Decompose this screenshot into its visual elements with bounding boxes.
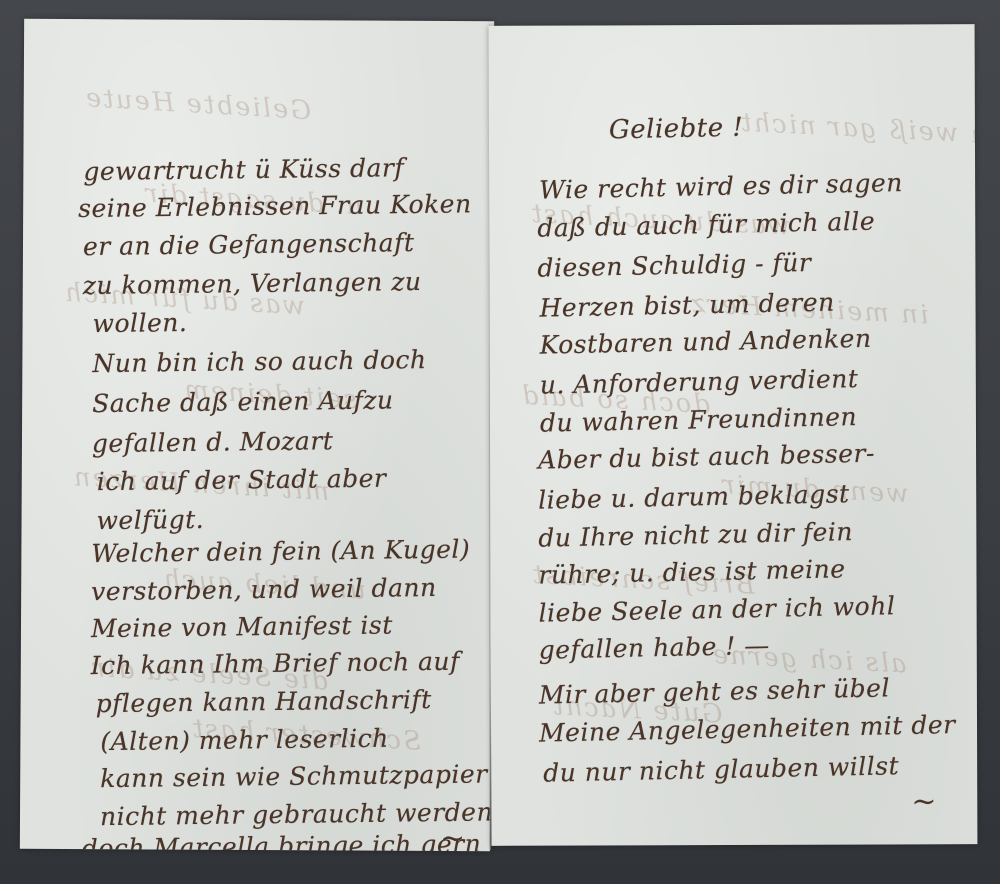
letter-left-page: Geliebte Heute u. du sagst dir was du fü… bbox=[20, 19, 494, 851]
text-line: er an die Gefangenschaft bbox=[83, 228, 415, 261]
end-flourish: ~ bbox=[440, 821, 465, 851]
text-line: kann sein wie Schmutzpapier bbox=[100, 759, 488, 793]
text-line: gefallen d. Mozart bbox=[92, 426, 334, 458]
bleed-text: Geliebte Heute bbox=[83, 83, 312, 126]
bleed-text: Ich weiß gar nicht bbox=[738, 108, 977, 152]
text-line: Welcher dein fein (An Kugel) bbox=[91, 535, 470, 569]
text-line: diesen Schuldig - für bbox=[537, 248, 812, 283]
text-line: verstorben, und weil dann bbox=[91, 573, 437, 606]
text-line: Nun bin ich so auch doch bbox=[92, 345, 426, 378]
text-line: Ich kann Ihm Brief noch auf bbox=[91, 647, 460, 681]
letter-right-page: Ich weiß gar nicht was du auch hast in m… bbox=[489, 24, 978, 846]
text-line: (Alten) mehr leserlich bbox=[100, 724, 389, 757]
salutation: Geliebte ! bbox=[609, 113, 744, 146]
text-line: gewartrucht ü Küss darf bbox=[83, 153, 404, 186]
text-line: welfügt. bbox=[96, 505, 204, 535]
text-line: doch Marcella bringe ich gern bbox=[82, 829, 482, 851]
text-line: pflegen kann Handschrift bbox=[95, 685, 431, 718]
text-line: Meine von Manifest ist bbox=[91, 610, 393, 643]
text-line: zu kommen, Verlangen zu bbox=[83, 267, 422, 300]
text-line: gefallen habe ! — bbox=[538, 631, 770, 665]
text-line: Herzen bist, um deren bbox=[539, 287, 835, 322]
text-line: Sache daß einen Aufzu bbox=[92, 385, 394, 418]
text-line: nicht mehr gebraucht werden; bbox=[100, 797, 494, 831]
text-line: wollen. bbox=[92, 308, 187, 338]
end-flourish: ~ bbox=[911, 784, 936, 819]
text-line: seine Erlebnissen Frau Koken bbox=[78, 189, 472, 223]
text-line: ich auf der Stadt aber bbox=[97, 464, 387, 497]
